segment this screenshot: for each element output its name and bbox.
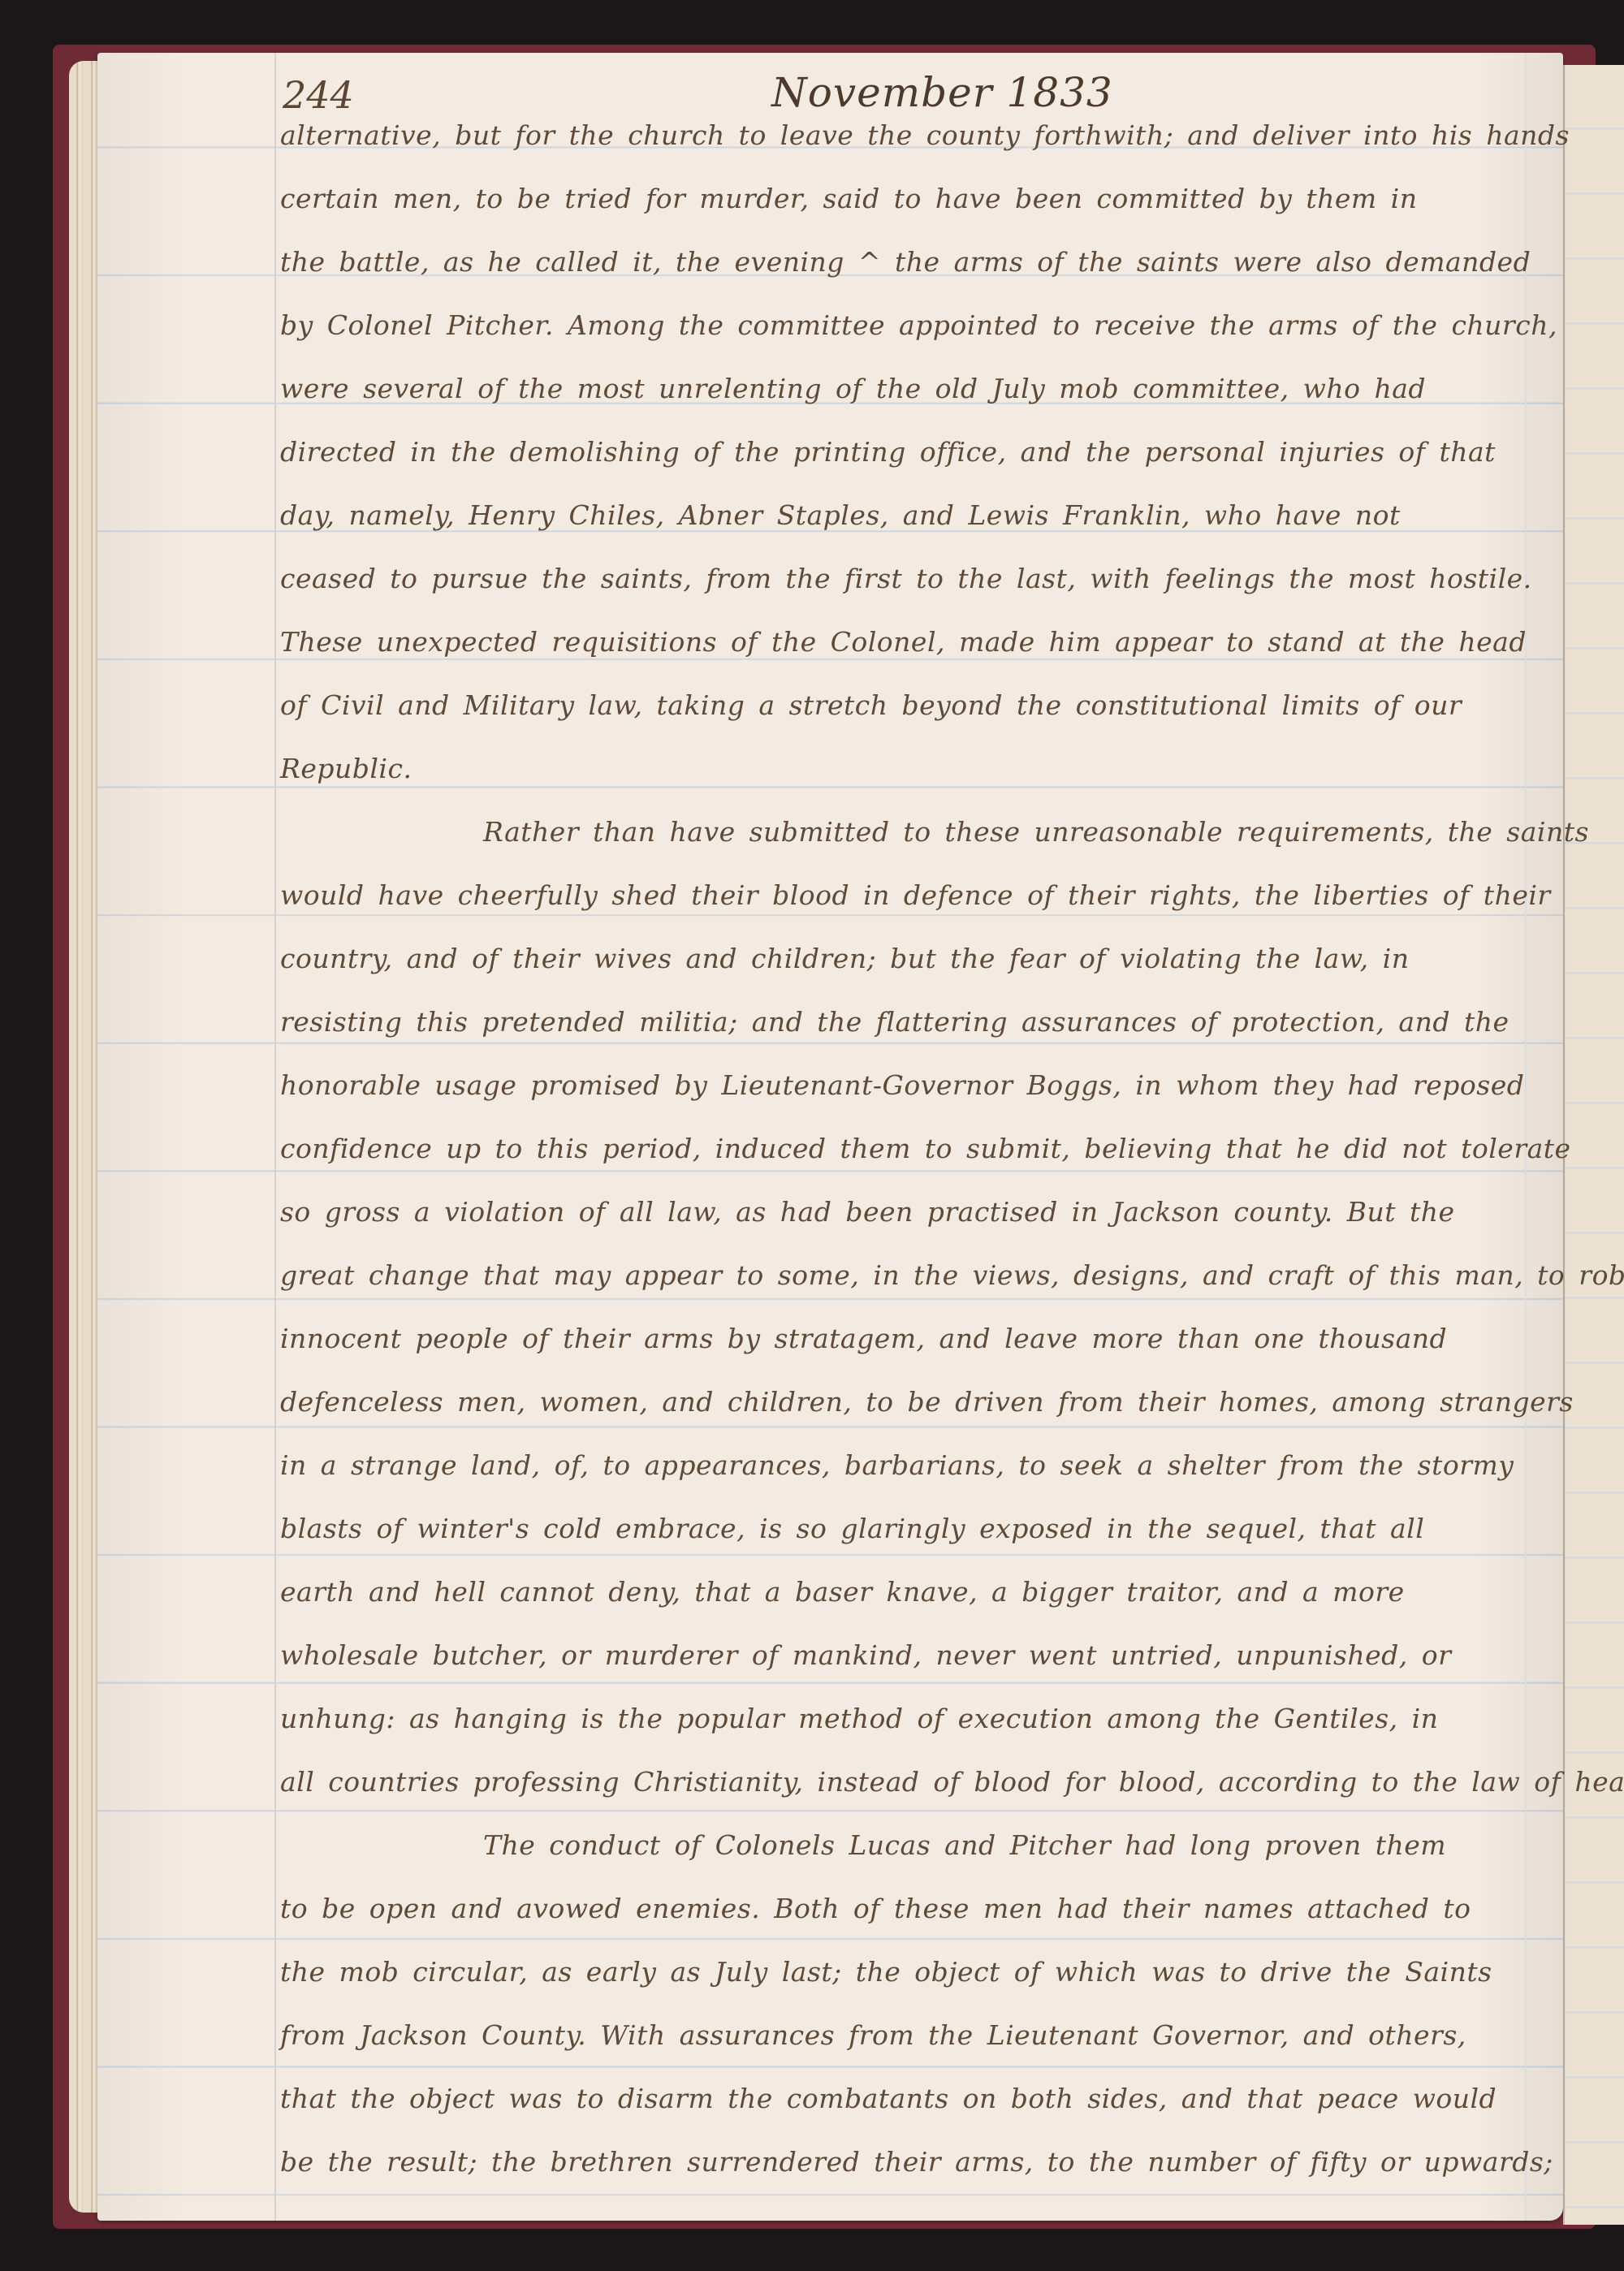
text-line: honorable usage promised by Lieutenant-G… bbox=[280, 1069, 1531, 1101]
text-line: by Colonel Pitcher. Among the committee … bbox=[280, 309, 1531, 341]
text-line: earth and hell cannot deny, that a baser… bbox=[280, 1576, 1531, 1608]
text-line: the battle, as he called it, the evening… bbox=[280, 246, 1531, 278]
text-line: would have cheerfully shed their blood i… bbox=[280, 879, 1531, 911]
manuscript-page: 244 November 1833 alternative, but for t… bbox=[97, 53, 1563, 2221]
text-line: innocent people of their arms by stratag… bbox=[280, 1323, 1531, 1354]
paragraph-start-line: Rather than have submitted to these unre… bbox=[280, 816, 1531, 848]
text-line: that the object was to disarm the combat… bbox=[280, 2083, 1531, 2114]
text-line: confidence up to this period, induced th… bbox=[280, 1133, 1531, 1164]
text-line: resisting this pretended militia; and th… bbox=[280, 1006, 1531, 1038]
text-line: These unexpected requisitions of the Col… bbox=[280, 626, 1531, 658]
text-line: the mob circular, as early as July last;… bbox=[280, 1956, 1531, 1988]
text-line: defenceless men, women, and children, to… bbox=[280, 1386, 1531, 1418]
text-line: from Jackson County. With assurances fro… bbox=[280, 2019, 1531, 2051]
text-line: day, namely, Henry Chiles, Abner Staples… bbox=[280, 499, 1531, 531]
text-line: were several of the most unrelenting of … bbox=[280, 373, 1531, 404]
text-line: in a strange land, of, to appearances, b… bbox=[280, 1449, 1531, 1481]
facing-page-edge bbox=[1563, 65, 1624, 2225]
text-line: blasts of winter's cold embrace, is so g… bbox=[280, 1513, 1531, 1544]
text-line: Republic. bbox=[280, 753, 1531, 784]
text-line: country, and of their wives and children… bbox=[280, 943, 1531, 974]
text-line: directed in the demolishing of the print… bbox=[280, 436, 1531, 468]
text-line: all countries professing Christianity, i… bbox=[280, 1766, 1531, 1798]
text-line: of Civil and Military law, taking a stre… bbox=[280, 689, 1531, 721]
paragraph-start-line: The conduct of Colonels Lucas and Pitche… bbox=[280, 1829, 1531, 1861]
text-line: so gross a violation of all law, as had … bbox=[280, 1196, 1531, 1228]
text-line: alternative, but for the church to leave… bbox=[280, 119, 1531, 151]
manuscript-text-body: alternative, but for the church to leave… bbox=[97, 53, 1563, 2221]
text-line: great change that may appear to some, in… bbox=[280, 1259, 1531, 1291]
text-line: wholesale butcher, or murderer of mankin… bbox=[280, 1639, 1531, 1671]
text-line: to be open and avowed enemies. Both of t… bbox=[280, 1893, 1531, 1924]
text-line: be the result; the brethren surrendered … bbox=[280, 2146, 1531, 2178]
text-line: certain men, to be tried for murder, sai… bbox=[280, 183, 1531, 214]
text-line: ceased to pursue the saints, from the fi… bbox=[280, 563, 1531, 594]
text-line: unhung: as hanging is the popular method… bbox=[280, 1703, 1531, 1734]
